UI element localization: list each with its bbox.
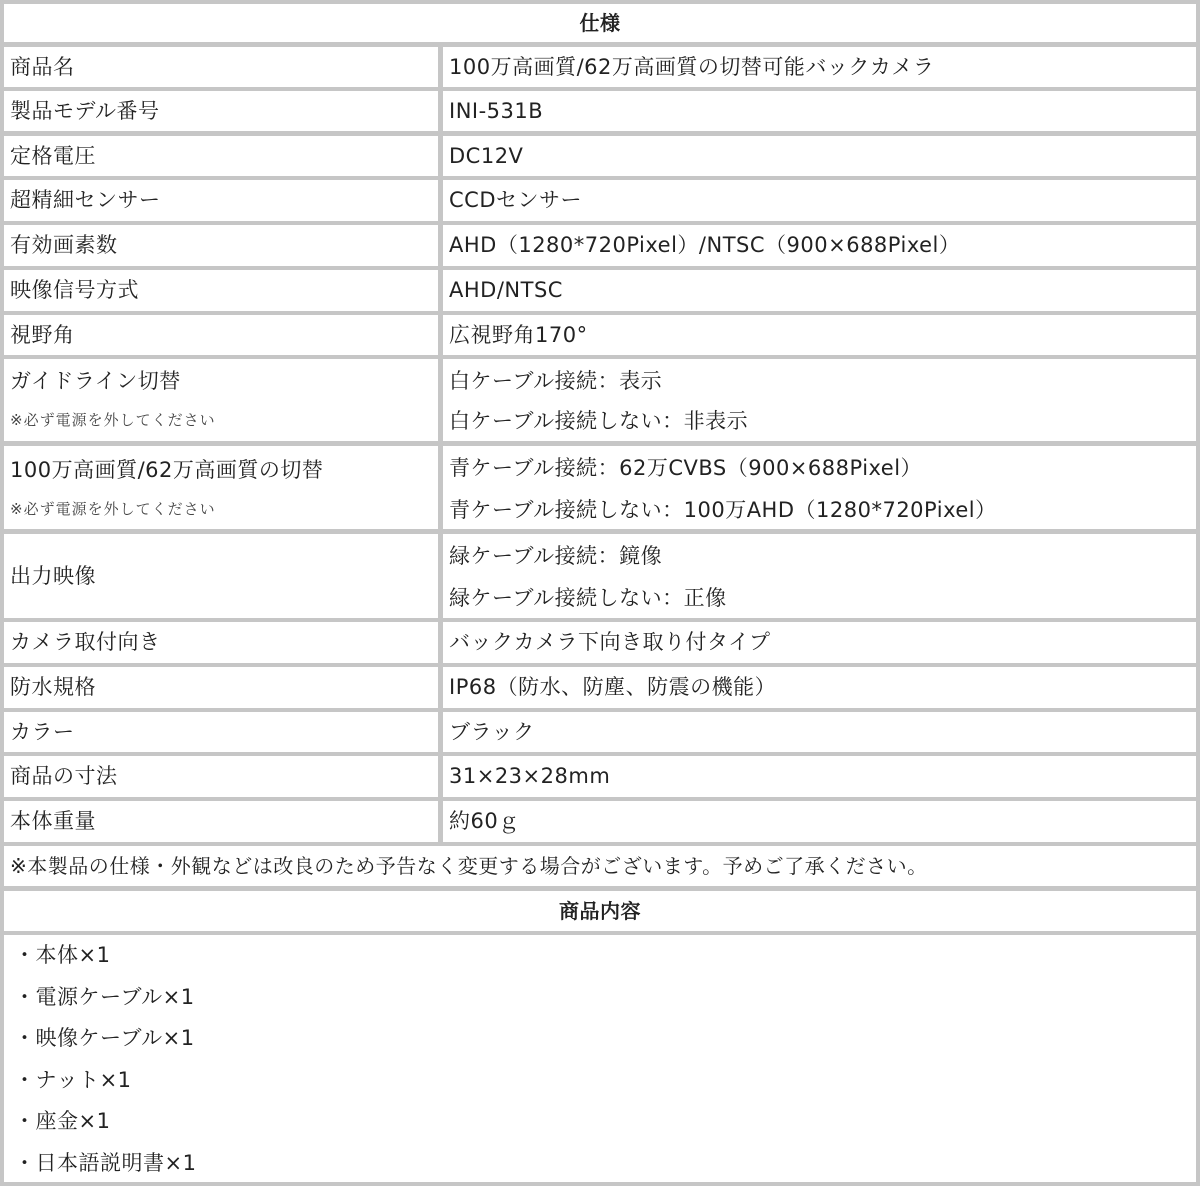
spec-row-label: カラー [4, 712, 438, 752]
list-item: ・座金×1 [14, 1105, 110, 1135]
spec-row-label: 製品モデル番号 [4, 91, 438, 131]
spec-value-line: 緑ケーブル接続：鏡像 [449, 540, 662, 570]
disclaimer-text: ※本製品の仕様・外観などは改良のため予告なく変更する場合がございます。予めご了承… [4, 846, 1196, 886]
spec-row-value: DC12V [443, 136, 1196, 176]
spec-value-line: 白ケーブル接続しない：非表示 [449, 405, 748, 435]
spec-row-value: 白ケーブル接続：表示 白ケーブル接続しない：非表示 [443, 359, 1196, 441]
spec-row-label: 商品の寸法 [4, 756, 438, 797]
spec-row-label: 防水規格 [4, 667, 438, 708]
list-item: ・日本語説明書×1 [14, 1147, 196, 1177]
spec-row-value: INI-531B [443, 91, 1196, 131]
spec-row-label: 本体重量 [4, 801, 438, 842]
contents-section-title: 商品内容 [4, 891, 1196, 931]
spec-row-value: 緑ケーブル接続：鏡像 緑ケーブル接続しない：正像 [443, 534, 1196, 618]
spec-row-label: 視野角 [4, 315, 438, 355]
spec-row-label: 有効画素数 [4, 225, 438, 266]
spec-row-label: 映像信号方式 [4, 270, 438, 311]
spec-row-value: AHD（1280*720Pixel）/NTSC（900×688Pixel） [443, 225, 1196, 266]
spec-row-value: バックカメラ下向き取り付タイプ [443, 622, 1196, 663]
spec-value-line: 白ケーブル接続：表示 [449, 365, 662, 395]
spec-row-value: 約60ｇ [443, 801, 1196, 842]
spec-row-value: ブラック [443, 712, 1196, 752]
spec-row-label: ガイドライン切替 ※必ず電源を外してください [4, 359, 438, 441]
spec-value-line: 青ケーブル接続：62万CVBS（900×688Pixel） [449, 452, 922, 482]
spec-table: 仕様 商品名 100万高画質/62万高画質の切替可能バックカメラ 製品モデル番号… [0, 0, 1200, 1186]
spec-row-value: 31×23×28mm [443, 756, 1196, 797]
spec-row-label: 出力映像 [4, 534, 438, 618]
spec-row-value: CCDセンサー [443, 180, 1196, 221]
spec-section-title: 仕様 [4, 4, 1196, 42]
spec-row-value: AHD/NTSC [443, 270, 1196, 311]
spec-row-value: IP68（防水、防塵、防震の機能） [443, 667, 1196, 708]
spec-label-note: ※必ず電源を外してください [10, 409, 216, 430]
list-item: ・電源ケーブル×1 [14, 981, 195, 1011]
spec-row-label: 超精細センサー [4, 180, 438, 221]
spec-label-text: ガイドライン切替 [10, 365, 181, 395]
spec-label-text: 100万高画質/62万高画質の切替 [10, 454, 323, 484]
spec-row-value: 100万高画質/62万高画質の切替可能バックカメラ [443, 47, 1196, 87]
spec-row-label: 100万高画質/62万高画質の切替 ※必ず電源を外してください [4, 446, 438, 529]
spec-label-note: ※必ず電源を外してください [10, 498, 216, 519]
contents-list: ・本体×1 ・電源ケーブル×1 ・映像ケーブル×1 ・ナット×1 ・座金×1 ・… [4, 935, 1196, 1182]
list-item: ・映像ケーブル×1 [14, 1022, 195, 1052]
spec-value-line: 青ケーブル接続しない：100万AHD（1280*720Pixel） [449, 494, 997, 524]
spec-value-line: 緑ケーブル接続しない：正像 [449, 582, 727, 612]
list-item: ・ナット×1 [14, 1064, 132, 1094]
spec-row-label: 商品名 [4, 47, 438, 87]
spec-row-value: 広視野角170° [443, 315, 1196, 355]
spec-row-label: カメラ取付向き [4, 622, 438, 663]
list-item: ・本体×1 [14, 939, 110, 969]
spec-row-value: 青ケーブル接続：62万CVBS（900×688Pixel） 青ケーブル接続しない… [443, 446, 1196, 529]
spec-row-label: 定格電圧 [4, 136, 438, 176]
